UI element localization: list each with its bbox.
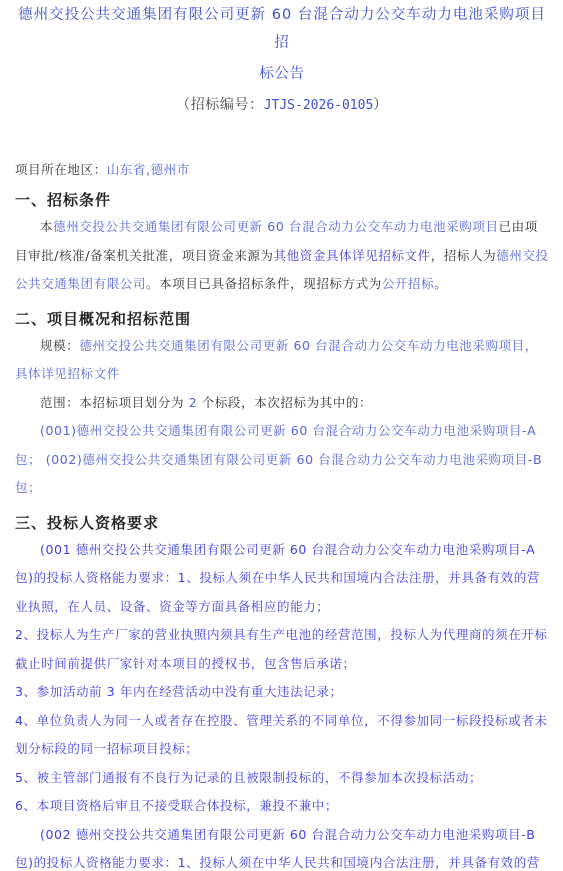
section-heading-bidder-qualifications: 三、投标人资格要求: [15, 510, 549, 536]
region-label: 项目所在地区：: [15, 162, 107, 177]
requirement-6: 6、本项目资格后审且不接受联合体投标，兼投不兼中；: [15, 792, 549, 821]
title-line-1: 德州交投公共交通集团有限公司更新 60 台混合动力公交车动力电池采购项目招: [18, 7, 546, 51]
text: 。: [434, 276, 447, 291]
tender-code-line: （招标编号：JTJS-2026-0105）: [15, 93, 549, 118]
scale-label: 规模：: [40, 338, 79, 353]
section-heading-project-overview: 二、项目概况和招标范围: [15, 306, 549, 332]
tender-code-prefix: （招标编号：: [176, 97, 264, 113]
tender-method: 公开招标: [382, 276, 434, 291]
text: 。本项目已具备招标条件，现招标方式为: [146, 276, 382, 291]
lot-b-qualification-intro: (002 德州交投公共交通集团有限公司更新 60 台混合动力公交车动力电池采购项…: [15, 821, 549, 871]
tender-announcement-document: 德州交投公共交通集团有限公司更新 60 台混合动力公交车动力电池采购项目招 标公…: [0, 0, 563, 871]
requirement-5: 5、被主管部门通报有不良行为记录的且被限制投标的，不得参加本次投标活动；: [15, 764, 549, 793]
text: ，招标人为: [431, 248, 497, 263]
scope-label-end: 个标段，本次招标为其中的：: [197, 395, 372, 410]
project-region: 项目所在地区：山东省,德州市: [15, 160, 549, 180]
scope-label: 范围：本招标项目划分为: [40, 395, 189, 410]
text: 本: [40, 219, 53, 234]
scope-paragraph: 范围：本招标项目划分为 2 个标段，本次招标为其中的：: [15, 389, 549, 418]
tender-code: JTJS-2026-0105: [264, 98, 374, 113]
announcement-title-continued: 标公告: [15, 60, 549, 88]
tender-code-suffix: ）: [373, 97, 388, 113]
requirement-3: 3、参加活动前 3 年内在经营活动中没有重大违法记录；: [15, 678, 549, 707]
tender-conditions-paragraph: 本德州交投公共交通集团有限公司更新 60 台混合动力公交车动力电池采购项目已由项…: [15, 213, 549, 299]
section-heading-tender-conditions: 一、招标条件: [15, 187, 549, 213]
announcement-title: 德州交投公共交通集团有限公司更新 60 台混合动力公交车动力电池采购项目招: [15, 0, 549, 57]
lot-count: 2: [189, 395, 198, 410]
funding-source: 其他资金具体详见招标文件: [274, 248, 431, 263]
project-name-link: 德州交投公共交通集团有限公司更新 60 台混合动力公交车动力电池采购项目: [53, 219, 498, 234]
region-value: 山东省,德州市: [107, 162, 190, 177]
scale-value: 德州交投公共交通集团有限公司更新 60 台混合动力公交车动力电池采购项目，具体详…: [15, 338, 538, 382]
lot-a-qualification-intro: (001 德州交投公共交通集团有限公司更新 60 台混合动力公交车动力电池采购项…: [15, 536, 549, 622]
scale-paragraph: 规模：德州交投公共交通集团有限公司更新 60 台混合动力公交车动力电池采购项目，…: [15, 332, 549, 389]
requirement-4: 4、单位负责人为同一人或者存在控股、管理关系的不同单位，不得参加同一标段投标或者…: [15, 707, 549, 764]
requirement-2: 2、投标人为生产厂家的营业执照内须具有生产电池的经营范围，投标人为代理商的须在开…: [15, 621, 549, 678]
lots-paragraph: (001)德州交投公共交通集团有限公司更新 60 台混合动力公交车动力电池采购项…: [15, 417, 549, 503]
